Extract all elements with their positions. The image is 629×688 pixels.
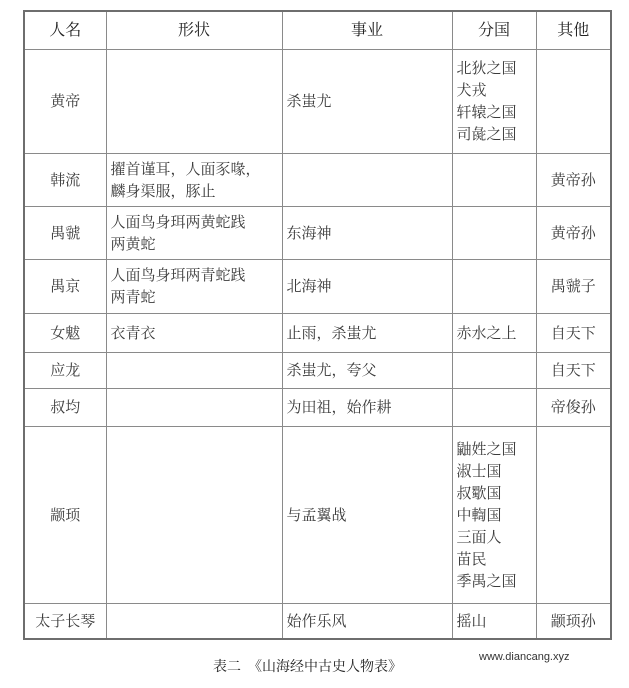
cell-shape-line: 衣青衣	[111, 322, 278, 344]
cell-state	[452, 153, 536, 206]
cell-state-line: 苗民	[457, 548, 532, 570]
cell-deed	[282, 153, 452, 206]
cell-other	[536, 426, 611, 603]
cell-name: 禺京	[24, 259, 106, 313]
cell-state	[452, 388, 536, 426]
cell-deed-line: 始作乐风	[287, 610, 448, 632]
cell-shape-line: 人面鸟身珥两黄蛇践	[111, 211, 278, 233]
cell-state: 赤水之上	[452, 313, 536, 352]
cell-other: 自天下	[536, 313, 611, 352]
table-row: 黄帝杀蚩尤北狄之国犬戎轩辕之国司彘之国	[24, 49, 611, 153]
cell-shape-line: 擢首谨耳，人面豕喙，	[111, 158, 278, 180]
header-shape: 形状	[106, 11, 282, 49]
cell-other: 自天下	[536, 352, 611, 388]
header-deed: 事业	[282, 11, 452, 49]
cell-state	[452, 352, 536, 388]
table-row: 韩流擢首谨耳，人面豕喙，麟身渠服，豚止黄帝孙	[24, 153, 611, 206]
cell-deed-line: 为田祖，始作耕	[287, 396, 448, 418]
table-row: 太子长琴始作乐风摇山颛顼孙	[24, 603, 611, 639]
cell-state-line: 赤水之上	[457, 322, 532, 344]
cell-state	[452, 259, 536, 313]
cell-deed: 东海神	[282, 206, 452, 259]
header-other: 其他	[536, 11, 611, 49]
cell-deed: 为田祖，始作耕	[282, 388, 452, 426]
cell-state-line: 三面人	[457, 526, 532, 548]
cell-state-line: 犬戎	[457, 79, 532, 101]
table-row: 禺虢人面鸟身珥两黄蛇践两黄蛇东海神黄帝孙	[24, 206, 611, 259]
cell-other: 禺虢子	[536, 259, 611, 313]
cell-deed-line: 与孟翼战	[287, 504, 448, 526]
cell-deed: 始作乐风	[282, 603, 452, 639]
cell-shape-line: 人面鸟身珥两青蛇践	[111, 264, 278, 286]
cell-name: 颛顼	[24, 426, 106, 603]
cell-shape: 擢首谨耳，人面豕喙，麟身渠服，豚止	[106, 153, 282, 206]
header-name: 人名	[24, 11, 106, 49]
cell-shape-line: 麟身渠服，豚止	[111, 180, 278, 202]
cell-state-line: 叔歜国	[457, 482, 532, 504]
historical-figures-table: 人名 形状 事业 分国 其他 黄帝杀蚩尤北狄之国犬戎轩辕之国司彘之国韩流擢首谨耳…	[23, 10, 612, 640]
cell-state	[452, 206, 536, 259]
cell-state-line: 北狄之国	[457, 57, 532, 79]
cell-deed: 北海神	[282, 259, 452, 313]
cell-name: 女魃	[24, 313, 106, 352]
table-row: 颛顼与孟翼战鼬姓之国淑士国叔歜国中輷国三面人苗民季禺之国	[24, 426, 611, 603]
cell-state: 北狄之国犬戎轩辕之国司彘之国	[452, 49, 536, 153]
table-row: 应龙杀蚩尤，夸父自天下	[24, 352, 611, 388]
cell-shape	[106, 388, 282, 426]
cell-state: 摇山	[452, 603, 536, 639]
cell-deed-line: 东海神	[287, 222, 448, 244]
table-row: 禺京人面鸟身珥两青蛇践两青蛇北海神禺虢子	[24, 259, 611, 313]
header-row: 人名 形状 事业 分国 其他	[24, 11, 611, 49]
cell-name: 太子长琴	[24, 603, 106, 639]
cell-deed: 止雨，杀蚩尤	[282, 313, 452, 352]
table-row: 叔均为田祖，始作耕帝俊孙	[24, 388, 611, 426]
cell-other	[536, 49, 611, 153]
cell-deed-line: 杀蚩尤	[287, 90, 448, 112]
cell-state-line: 中輷国	[457, 504, 532, 526]
cell-deed: 与孟翼战	[282, 426, 452, 603]
cell-deed-line: 杀蚩尤，夸父	[287, 359, 448, 381]
cell-name: 叔均	[24, 388, 106, 426]
cell-name: 禺虢	[24, 206, 106, 259]
cell-deed: 杀蚩尤	[282, 49, 452, 153]
cell-state-line: 摇山	[457, 610, 532, 632]
cell-shape: 衣青衣	[106, 313, 282, 352]
cell-other: 黄帝孙	[536, 153, 611, 206]
cell-deed: 杀蚩尤，夸父	[282, 352, 452, 388]
cell-shape	[106, 49, 282, 153]
cell-shape: 人面鸟身珥两青蛇践两青蛇	[106, 259, 282, 313]
cell-name: 黄帝	[24, 49, 106, 153]
cell-other: 颛顼孙	[536, 603, 611, 639]
cell-shape	[106, 603, 282, 639]
cell-shape	[106, 426, 282, 603]
cell-shape	[106, 352, 282, 388]
cell-state-line: 鼬姓之国	[457, 438, 532, 460]
cell-name: 韩流	[24, 153, 106, 206]
cell-shape-line: 两黄蛇	[111, 233, 278, 255]
cell-state-line: 轩辕之国	[457, 101, 532, 123]
watermark: www.diancang.xyz	[479, 651, 570, 663]
cell-shape-line: 两青蛇	[111, 286, 278, 308]
table-caption: 表二 《山海经中古史人物表》	[213, 656, 402, 676]
cell-state-line: 季禺之国	[457, 570, 532, 592]
cell-state-line: 司彘之国	[457, 123, 532, 145]
cell-shape: 人面鸟身珥两黄蛇践两黄蛇	[106, 206, 282, 259]
cell-deed-line: 北海神	[287, 275, 448, 297]
cell-state: 鼬姓之国淑士国叔歜国中輷国三面人苗民季禺之国	[452, 426, 536, 603]
header-state: 分国	[452, 11, 536, 49]
cell-other: 黄帝孙	[536, 206, 611, 259]
cell-deed-line: 止雨，杀蚩尤	[287, 322, 448, 344]
cell-state-line: 淑士国	[457, 460, 532, 482]
cell-name: 应龙	[24, 352, 106, 388]
table-row: 女魃衣青衣止雨，杀蚩尤赤水之上自天下	[24, 313, 611, 352]
cell-other: 帝俊孙	[536, 388, 611, 426]
